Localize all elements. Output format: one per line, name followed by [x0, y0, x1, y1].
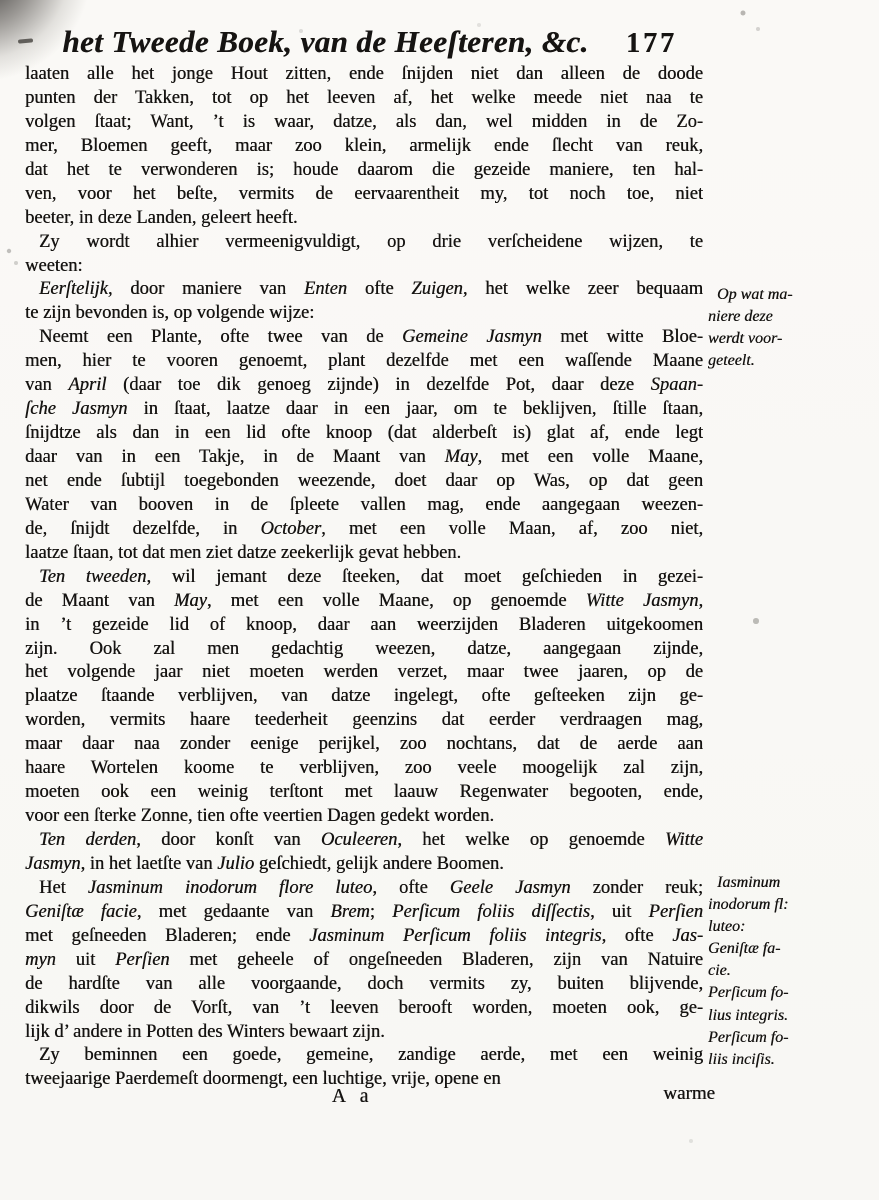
text-line: ſche Jasmyn in ſtaat, laatze daar in een… — [25, 398, 703, 422]
body-text: laaten alle het jonge Hout zitten, ende … — [25, 63, 703, 1092]
text-line: beeter, in deze Landen, geleert heeft. — [25, 207, 703, 231]
text-line: zijn. Ook zal men gedachtig weezen, datz… — [25, 638, 703, 662]
text-line: haare Wortelen koome te verblijven, zoo … — [25, 757, 703, 781]
text-line: ſnijdtze als dan in een lid ofte knoop (… — [25, 422, 703, 446]
text-line: de, ſnijdt dezelfde, in October, met een… — [25, 518, 703, 542]
margin-note-line: Perſicum fo- — [708, 1027, 876, 1049]
text-line: daar van in een Takje, in de Maant van M… — [25, 446, 703, 470]
text-line: volgen ſtaat; Want, ’t is waar, datze, a… — [25, 111, 703, 135]
margin-note-line: inodorum fl: — [708, 894, 876, 916]
margin-note-line: luteo: — [708, 916, 876, 938]
text-line: dat het te verwonderen is; houde daarom … — [25, 159, 703, 183]
margin-note-line: Perſicum fo- — [708, 982, 876, 1004]
book-page-scan: het Tweede Boek, van de Heeſteren, &c. 1… — [0, 0, 879, 1200]
text-line: men, hier te vooren genoemt, plant dezel… — [25, 350, 703, 374]
text-line: weeten: — [25, 255, 703, 279]
margin-note-line: werdt voor- — [708, 328, 876, 350]
text-line: ven, voor het beſte, vermits de eervaare… — [25, 183, 703, 207]
text-line: voor een ſterke Zonne, tien ofte veertie… — [25, 805, 703, 829]
text-line: laaten alle het jonge Hout zitten, ende … — [25, 63, 703, 87]
margin-note-line: Iasminum — [708, 872, 876, 894]
text-line: Ten derden, door konſt van Oculeeren, he… — [25, 829, 703, 853]
text-line: Het Jasminum inodorum flore luteo, ofte … — [25, 877, 703, 901]
text-line: worden, vermits haare teederheit geenzin… — [25, 709, 703, 733]
margin-note-line: liis inciſis. — [708, 1049, 876, 1071]
text-line: Neemt een Plante, ofte twee van de Gemei… — [25, 326, 703, 350]
text-line: met geſneeden Bladeren; ende Jasminum Pe… — [25, 925, 703, 949]
text-line: maar daar naa zonder eenige perijkel, zo… — [25, 733, 703, 757]
text-line: Ten tweeden, wil jemant deze ſteeken, da… — [25, 566, 703, 590]
margin-note-line: cie. — [708, 960, 876, 982]
text-line: Geniſtæ facie, met gedaante van Brem; Pe… — [25, 901, 703, 925]
margin-note-propagation: Op wat ma-niere dezewerdt voor-geteelt. — [708, 284, 876, 372]
text-line: myn uit Perſien met geheele of ongeſneed… — [25, 949, 703, 973]
text-line: laatze ſtaan, tot dat men ziet datze zee… — [25, 542, 703, 566]
text-line: het volgende jaar niet moeten werden ver… — [25, 661, 703, 685]
text-line: net ende ſubtijl toegebonden weezende, d… — [25, 470, 703, 494]
text-line: moeten ook een weinig terſtont met laauw… — [25, 781, 703, 805]
text-line: dikwils door de Vorſt, van ’t leeven ber… — [25, 997, 703, 1021]
text-line: Water van booven in de ſpleete vallen ma… — [25, 494, 703, 518]
text-line: mer, Bloemen geeft, maar zoo klein, arme… — [25, 135, 703, 159]
text-line: lijk d’ andere in Potten des Winters bew… — [25, 1021, 703, 1045]
margin-note-line: Op wat ma- — [708, 284, 876, 306]
text-line: Zy wordt alhier vermeenigvuldigt, op dri… — [25, 231, 703, 255]
running-title: het Tweede Boek, van de Heeſteren, &c. — [25, 24, 626, 60]
margin-note-line: niere deze — [708, 306, 876, 328]
text-line: Eerſtelijk, door maniere van Enten ofte … — [25, 278, 703, 302]
text-line: te zijn bevonden is, op volgende wijze: — [25, 302, 703, 326]
text-line: de Maant van May, met een volle Maane, o… — [25, 590, 703, 614]
text-line: van April (daar toe dik genoeg zijnde) i… — [25, 374, 703, 398]
text-line: in ’t gezeide lid of knoop, daar aan wee… — [25, 614, 703, 638]
scan-speck-artifacts — [0, 0, 2, 2]
margin-note-species-list: Iasminuminodorum fl:luteo:Geniſtæ fa-cie… — [708, 872, 876, 1071]
running-header: het Tweede Boek, van de Heeſteren, &c. 1… — [25, 24, 703, 60]
text-line: Jasmyn, in het laetſte van Julio geſchie… — [25, 853, 703, 877]
text-line: plaatze ſtaande verblijven, van datze in… — [25, 685, 703, 709]
margin-note-line: lius integris. — [708, 1005, 876, 1027]
text-line: punten der Takken, tot op het leeven af,… — [25, 87, 703, 111]
catchword: warme — [25, 1083, 715, 1105]
text-line: de hardſte van alle voorgaande, doch ver… — [25, 973, 703, 997]
margin-note-line: Geniſtæ fa- — [708, 938, 876, 960]
page-number: 177 — [626, 28, 677, 60]
text-line: Zy beminnen een goede, gemeine, zandige … — [25, 1044, 703, 1068]
margin-note-line: geteelt. — [708, 350, 876, 372]
